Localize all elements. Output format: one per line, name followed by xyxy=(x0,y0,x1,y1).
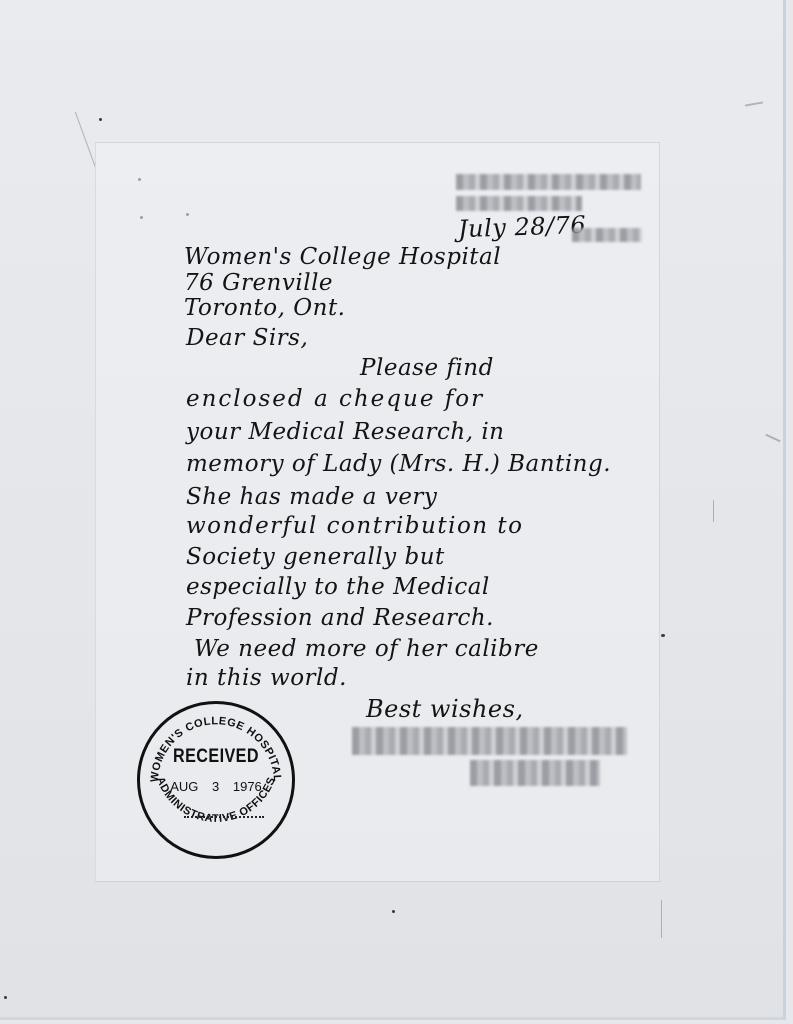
body-line-7: Society generally but xyxy=(186,544,445,570)
stamp-date-month: AUG xyxy=(170,779,198,794)
body-line-2: enclosed a cheque for xyxy=(186,386,484,412)
body-line-1: Please find xyxy=(360,355,494,381)
stamp-date-day: 3 xyxy=(212,779,219,794)
scan-mark xyxy=(661,900,662,938)
scan-speck xyxy=(4,996,7,999)
closing: Best wishes, xyxy=(366,695,524,723)
body-line-9: Profession and Research. xyxy=(186,605,494,631)
stamp-received-label: RECEIVED xyxy=(151,746,280,768)
redacted-signature xyxy=(352,727,627,755)
paper-crease xyxy=(75,112,96,169)
stamp-signature-dots xyxy=(184,816,264,818)
recipient-name: Women's College Hospital xyxy=(184,244,501,270)
salutation: Dear Sirs, xyxy=(186,325,308,351)
scan-speck xyxy=(392,910,395,913)
recipient-city: Toronto, Ont. xyxy=(184,295,346,321)
letter-date: July 28/76 xyxy=(458,211,587,243)
body-line-6: wonderful contribution to xyxy=(186,513,524,539)
stamp-date-year: 1976 xyxy=(233,779,262,794)
scan-speck xyxy=(99,118,102,121)
stamp-date: AUG 3 1976 xyxy=(140,779,292,794)
redacted-sender-address-line1 xyxy=(456,174,641,190)
recipient-street: 76 Grenville xyxy=(184,270,333,296)
body-line-4: memory of Lady (Mrs. H.) Banting. xyxy=(186,451,611,477)
body-line-5: She has made a very xyxy=(186,484,437,510)
scan-mark xyxy=(745,101,763,106)
scan-speck xyxy=(661,634,665,637)
redacted-sender-address-line2 xyxy=(456,196,582,211)
scanned-letter-page: July 28/76 Women's College Hospital 76 G… xyxy=(0,0,786,1020)
body-line-3: your Medical Research, in xyxy=(186,419,505,445)
body-line-8: especially to the Medical xyxy=(186,574,490,600)
scan-mark xyxy=(713,500,714,522)
scan-mark xyxy=(765,434,780,443)
body-line-11: in this world. xyxy=(186,665,347,691)
body-line-10: We need more of her calibre xyxy=(194,636,539,662)
received-stamp: WOMEN'S COLLEGE HOSPITAL ADMINISTRATIVE … xyxy=(137,701,295,859)
redacted-signature-line2 xyxy=(470,760,600,786)
redacted-date-suffix xyxy=(572,228,642,242)
